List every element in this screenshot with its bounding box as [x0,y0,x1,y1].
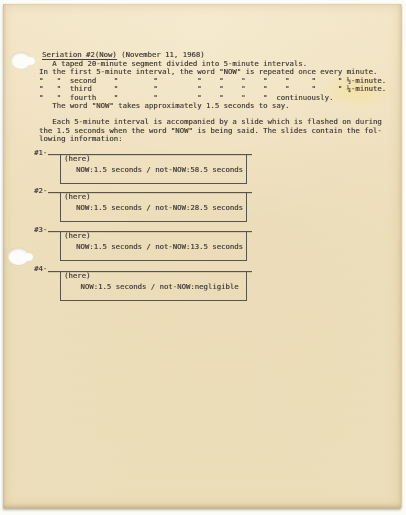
slide-diagram-3: #3- (here) NOW:1.5 seconds / not-NOW:13.… [3,226,401,262]
slide-timing-text: NOW:1.5 seconds / not-NOW:58.5 seconds [61,166,246,175]
slide-box: (here) NOW:1.5 seconds / not-NOW:negligi… [60,271,247,301]
here-label: (here) [64,155,90,164]
here-label: (here) [64,232,90,241]
slide-box: (here) NOW:1.5 seconds / not-NOW:13.5 se… [60,231,247,261]
slide-label: #4- [34,265,47,274]
slide-label: #3- [34,226,47,235]
slide-box: (here) NOW:1.5 seconds / not-NOW:28.5 se… [60,192,247,222]
title-date: (November 11, 1968) [117,50,205,59]
punch-hole-top [11,52,31,69]
intro-paragraph: Seriation #2(Now) (November 11, 1968) A … [39,51,386,111]
slide-label: #2- [34,187,47,196]
slide-label: #1- [34,149,47,158]
slide-timing-text: NOW:1.5 seconds / not-NOW:negligible [61,283,246,292]
slide-box: (here) NOW:1.5 seconds / not-NOW:58.5 se… [60,154,247,184]
slide-diagram-1: #1- (here) NOW:1.5 seconds / not-NOW:58.… [3,149,401,185]
slide-diagram-4: #4- (here) NOW:1.5 seconds / not-NOW:neg… [3,265,401,301]
body-line: The word "NOW" takes approximately 1.5 s… [39,102,386,111]
body-line: lowing information: [39,135,382,144]
here-label: (here) [64,272,90,281]
title-underlined: Seriation #2(Now) [42,50,117,59]
slides-paragraph: Each 5-minute interval is accompanied by… [39,118,382,144]
here-label: (here) [64,193,90,202]
punch-hole-tear [26,57,35,65]
slide-timing-text: NOW:1.5 seconds / not-NOW:28.5 seconds [61,204,246,213]
typewritten-page: Seriation #2(Now) (November 11, 1968) A … [3,4,401,508]
slide-diagram-2: #2- (here) NOW:1.5 seconds / not-NOW:28.… [3,187,401,223]
slide-timing-text: NOW:1.5 seconds / not-NOW:13.5 seconds [61,243,246,252]
